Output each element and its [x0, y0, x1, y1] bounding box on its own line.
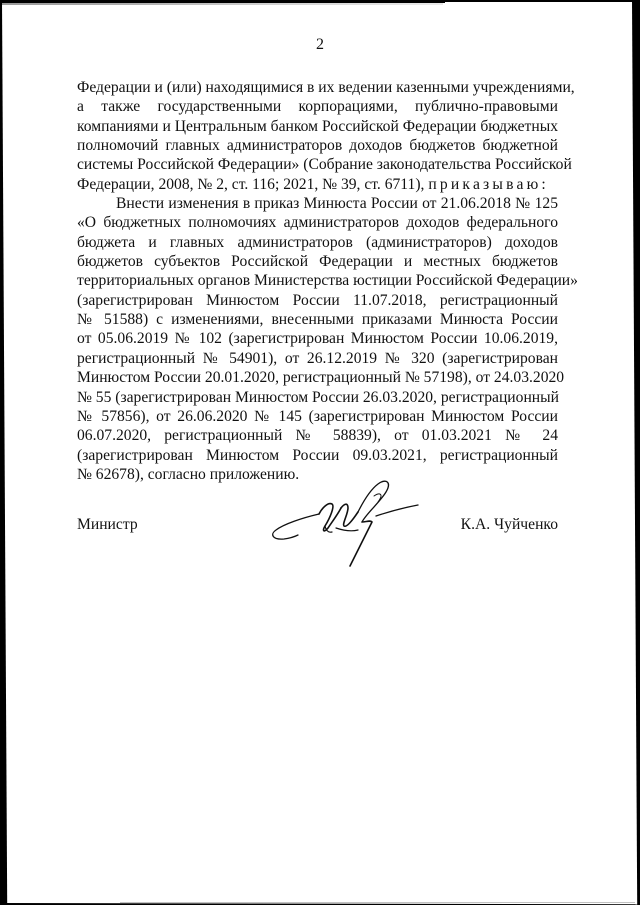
text-line: Федерации и (или) находящимися в их веде…: [77, 78, 558, 97]
paragraph-preamble-continuation: Федерации и (или) находящимися в их веде…: [77, 78, 558, 194]
text-line: № 51588) с изменениями, внесенными прика…: [77, 310, 558, 329]
text-line: бюджета и главных администраторов (админ…: [77, 233, 558, 252]
text-line: № 57856), от 26.06.2020 № 145 (зарегистр…: [77, 407, 558, 426]
text-line: «О бюджетных полномочиях администраторов…: [77, 213, 558, 232]
text-line: а также государственными корпорациями, п…: [77, 97, 558, 116]
text-line: системы Российской Федерации» (Собрание …: [77, 155, 558, 174]
text-line: (зарегистрирован Минюстом России 11.07.2…: [77, 291, 558, 310]
text-line: компаниями и Центральным банком Российск…: [77, 117, 558, 136]
text-line-order-clause: Федерации, 2008, № 2, ст. 116; 2021, № 3…: [77, 175, 558, 194]
paragraph-amendment: Внести изменения в приказ Минюста России…: [77, 194, 558, 484]
text-line: 06.07.2020, регистрационный № 58839), от…: [77, 426, 558, 445]
text-line: регистрационный № 54901), от 26.12.2019 …: [77, 349, 558, 368]
handwritten-signature-icon: [262, 478, 422, 570]
signatory-position: Министр: [77, 515, 138, 535]
page-number: 2: [0, 36, 640, 54]
text-line-prefix: Федерации, 2008, № 2, ст. 116; 2021, № 3…: [77, 176, 428, 193]
scan-border-bottom-shadow: [120, 902, 635, 903]
document-body: Федерации и (или) находящимися в их веде…: [77, 78, 558, 484]
text-line: территориальных органов Министерства юст…: [77, 271, 558, 290]
text-line: полномочий главных администраторов доход…: [77, 136, 558, 155]
scan-border-top-right: [440, 0, 640, 2]
text-line: № 55 (зарегистрирован Минюстом России 26…: [77, 388, 558, 407]
order-keyword: приказываю:: [428, 176, 549, 193]
text-line: (зарегистрирован Минюстом России 09.03.2…: [77, 446, 558, 465]
scan-border-top-shadow: [0, 3, 443, 5]
text-line: Внести изменения в приказ Минюста России…: [77, 194, 558, 213]
text-line: от 05.06.2019 № 102 (зарегистрирован Мин…: [77, 329, 558, 348]
text-line: бюджетов субъектов Российской Федерации …: [77, 252, 558, 271]
signatory-name: К.А. Чуйченко: [461, 515, 558, 535]
text-line: Минюстом России 20.01.2020, регистрацион…: [77, 368, 558, 387]
scan-border-right: [632, 0, 640, 905]
scan-border-left: [0, 0, 8, 905]
